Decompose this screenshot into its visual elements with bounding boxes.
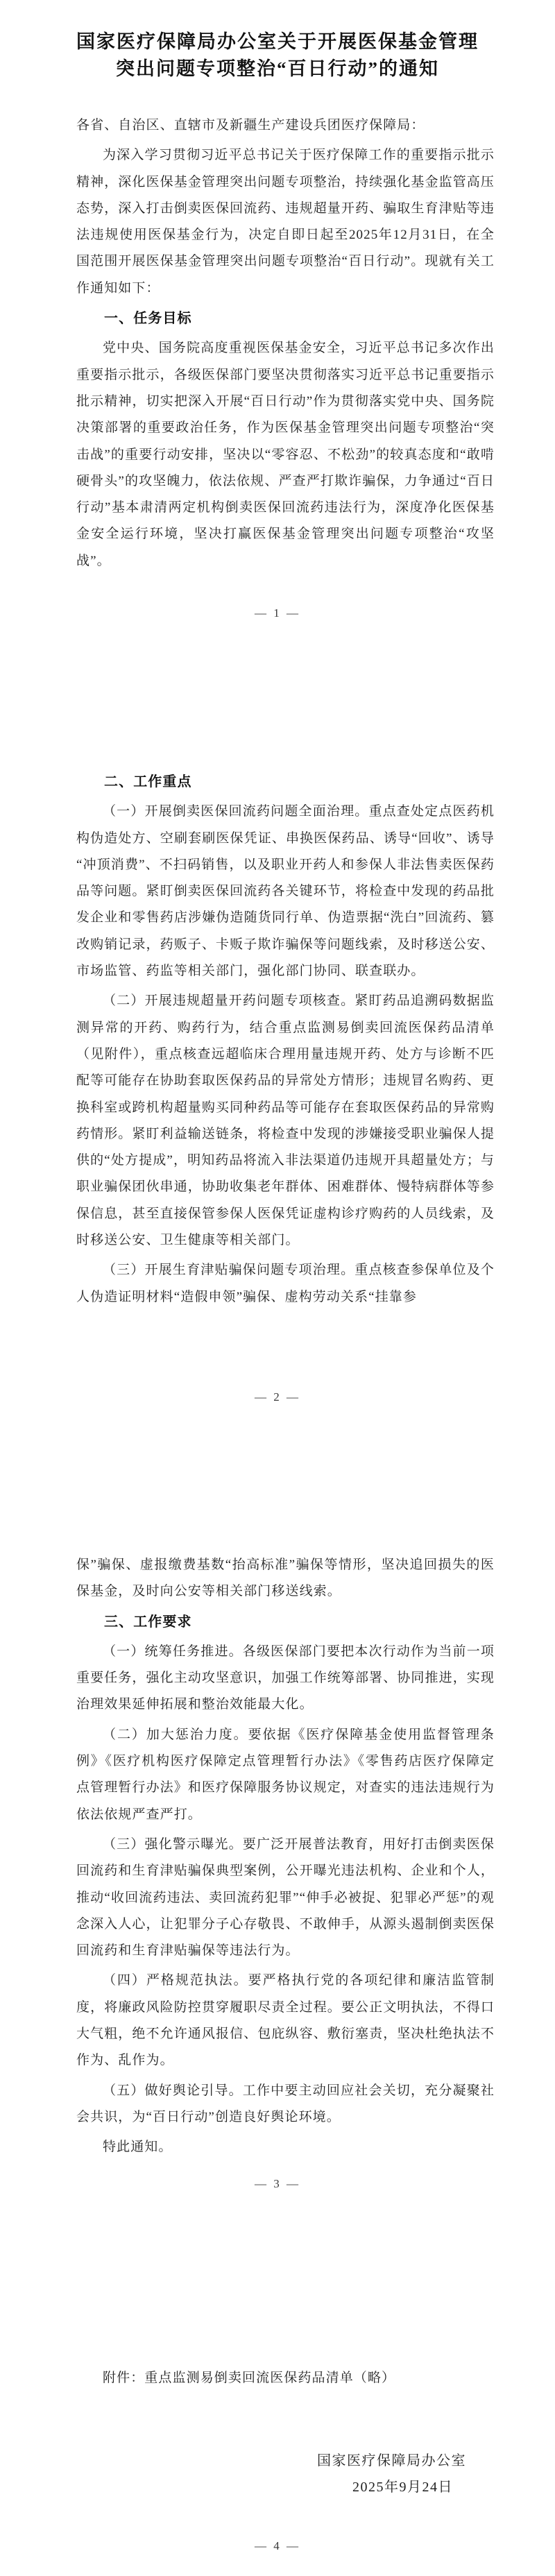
intro-paragraph: 为深入学习贯彻习近平总书记关于医疗保障工作的重要指示批示精神，深化医保基金管理突… (76, 142, 495, 302)
salutation: 各省、自治区、直辖市及新疆生产建设兵团医疗保障局： (76, 112, 495, 139)
page2-body: 二、工作重点 （一）开展倒卖医保回流药问题全面治理。重点查处定点医药机构伪造处方… (76, 769, 495, 1311)
section3-paragraph-2: （二）加大惩治力度。要依据《医疗保障基金使用监督管理条例》《医疗机构医疗保障定点… (76, 1722, 495, 1828)
issue-date: 2025年9月24日 (76, 2474, 495, 2500)
section3-paragraph-1: （一）统筹任务推进。各级医保部门要把本次行动作为当前一项重要任务，强化主动攻坚意… (76, 1639, 495, 1718)
page1-body: 各省、自治区、直辖市及新疆生产建设兵团医疗保障局： 为深入学习贯彻习近平总书记关… (76, 112, 495, 574)
page4-body: 附件：重点监测易倒卖回流医保药品清单（略） (76, 2365, 495, 2391)
section2-paragraph-1: （一）开展倒卖医保回流药问题全面治理。重点查处定点医药机构伪造处方、空刷套刷医保… (76, 799, 495, 984)
page-number-4: — 4 — (0, 2539, 555, 2553)
scanned-notice-document: 国家医疗保障局办公室关于开展医保基金管理 突出问题专项整治“百日行动”的通知 各… (0, 0, 555, 2576)
page3-body: 保”骗保、虚报缴费基数“抬高标准”骗保等情形，坚决追回损失的医保基金，及时向公安… (76, 1552, 495, 2161)
section3-paragraph-3: （三）强化警示曝光。要广泛开展普法教育，用好打击倒卖医保回流药和生育津贴骗保典型… (76, 1832, 495, 1964)
closing-line: 特此通知。 (76, 2134, 495, 2160)
section-heading-1: 一、任务目标 (76, 305, 495, 332)
document-title-line1: 国家医疗保障局办公室关于开展医保基金管理 (0, 28, 555, 56)
page-number-2: — 2 — (0, 1390, 555, 1404)
section1-paragraph: 党中央、国务院高度重视医保基金安全，习近平总书记多次作出重要指示批示，各级医保部… (76, 335, 495, 574)
issuing-office: 国家医疗保障局办公室 (76, 2448, 495, 2474)
section2-paragraph-3-part1: （三）开展生育津贴骗保问题专项治理。重点核查参保单位及个人伪造证明材料“造假申领… (76, 1257, 495, 1311)
section2-paragraph-3-part2: 保”骗保、虚报缴费基数“抬高标准”骗保等情形，坚决追回损失的医保基金，及时向公安… (76, 1552, 495, 1605)
document-title-line2: 突出问题专项整治“百日行动”的通知 (0, 56, 555, 83)
page-number-3: — 3 — (0, 2177, 555, 2191)
section3-paragraph-4: （四）严格规范执法。要严格执行党的各项纪律和廉洁监管制度，将廉政风险防控贯穿履职… (76, 1968, 495, 2074)
section-heading-2: 二、工作重点 (76, 769, 495, 795)
section-heading-3: 三、工作要求 (76, 1609, 495, 1635)
document-title: 国家医疗保障局办公室关于开展医保基金管理 突出问题专项整治“百日行动”的通知 (0, 28, 555, 83)
signature-block: 国家医疗保障局办公室 2025年9月24日 (76, 2448, 495, 2501)
attachment-line: 附件：重点监测易倒卖回流医保药品清单（略） (76, 2365, 495, 2391)
page-number-1: — 1 — (0, 606, 555, 620)
section3-paragraph-5: （五）做好舆论引导。工作中要主动回应社会关切，充分凝聚社会共识，为“百日行动”创… (76, 2078, 495, 2131)
section2-paragraph-2: （二）开展违规超量开药问题专项核查。紧盯药品追溯码数据监测异常的开药、购药行为，… (76, 988, 495, 1254)
